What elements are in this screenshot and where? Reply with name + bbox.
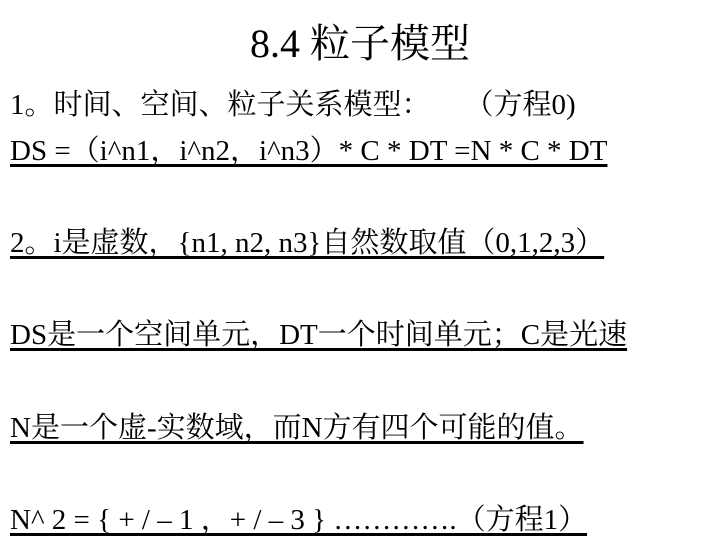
text-line-ds-formula: DS =（i^n1，i^n2，i^n3）* C * DT =N * C * DT bbox=[10, 134, 607, 168]
text-line-imaginary-definition: 2。i是虚数，{n1, n2, n3}自然数取值（0,1,2,3） bbox=[10, 226, 604, 260]
relation-model-label: 1。时间、空间、粒子关系模型： bbox=[10, 89, 431, 121]
text-line-n-squared-equation: N^ 2 = { + / – 1 ，+ / – 3 } ………….（方程1） bbox=[10, 503, 587, 537]
equation-0-label: （方程0) bbox=[465, 89, 576, 121]
text-line-n-domain: N是一个虚-实数域，而N方有四个可能的值。 bbox=[10, 411, 584, 445]
text-line-relation-model: 1。时间、空间、粒子关系模型：（方程0) bbox=[10, 88, 576, 122]
text-line-units-definition: DS是一个空间单元，DT一个时间单元；C是光速 bbox=[10, 318, 627, 352]
slide-title: 8.4 粒子模型 bbox=[0, 18, 720, 70]
